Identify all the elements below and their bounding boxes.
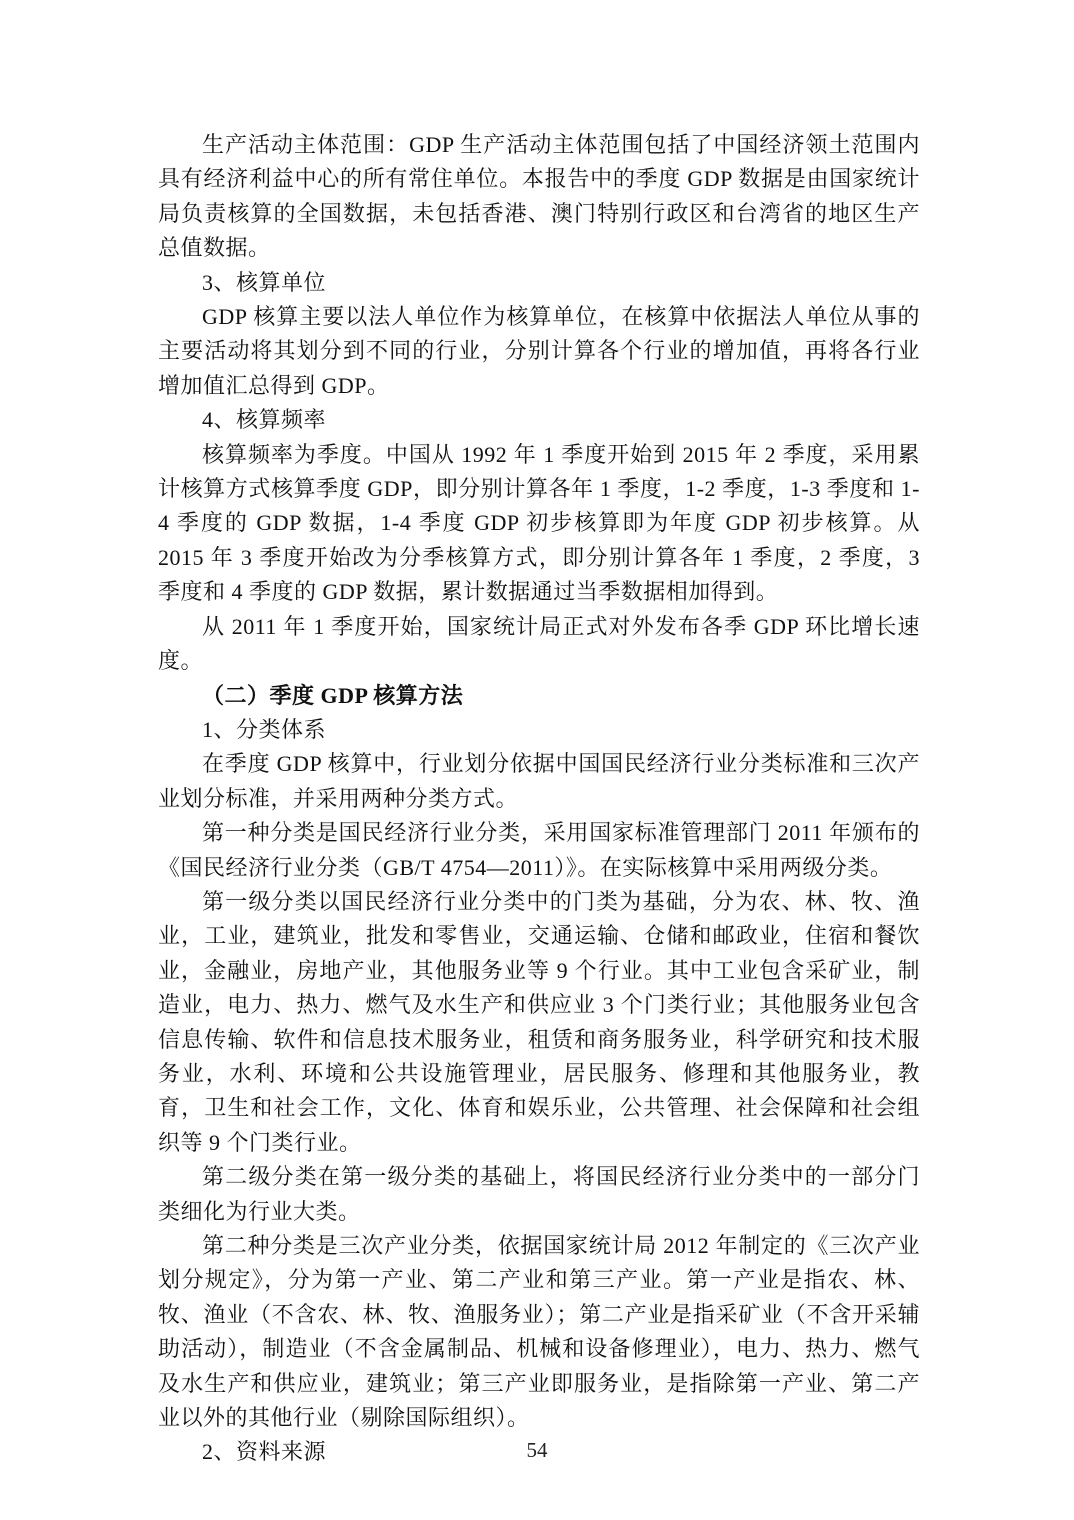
para-first-level-classification: 第一级分类以国民经济行业分类中的门类为基础，分为农、林、牧、渔业，工业，建筑业，… (158, 885, 920, 1160)
document-page: 生产活动主体范围：GDP 生产活动主体范围包括了中国经济领土范围内具有经济利益中… (0, 0, 1074, 1520)
para-classification-basis: 在季度 GDP 核算中，行业划分依据中国国民经济行业分类标准和三次产业划分标准，… (158, 747, 920, 816)
document-body: 生产活动主体范围：GDP 生产活动主体范围包括了中国经济领土范围内具有经济利益中… (158, 128, 920, 1470)
heading-section-2-quarterly-gdp-method: （二）季度 GDP 核算方法 (158, 679, 920, 713)
subhead-1-classification-system: 1、分类体系 (158, 713, 920, 747)
para-second-level-classification: 第二级分类在第一级分类的基础上，将国民经济行业分类中的一部分门类细化为行业大类。 (158, 1160, 920, 1229)
subhead-3-accounting-unit: 3、核算单位 (158, 266, 920, 300)
para-accounting-unit: GDP 核算主要以法人单位作为核算单位，在核算中依据法人单位从事的主要活动将其划… (158, 300, 920, 403)
para-three-industry-classification: 第二种分类是三次产业分类，依据国家统计局 2012 年制定的《三次产业划分规定》… (158, 1229, 920, 1435)
subhead-4-accounting-frequency: 4、核算频率 (158, 403, 920, 437)
para-qoq-growth-release: 从 2011 年 1 季度开始，国家统计局正式对外发布各季 GDP 环比增长速度… (158, 610, 920, 679)
page-number: 54 (0, 1438, 1074, 1463)
para-accounting-frequency: 核算频率为季度。中国从 1992 年 1 季度开始到 2015 年 2 季度，采… (158, 438, 920, 610)
para-first-classification: 第一种分类是国民经济行业分类，采用国家标准管理部门 2011 年颁布的《国民经济… (158, 816, 920, 885)
para-production-scope: 生产活动主体范围：GDP 生产活动主体范围包括了中国经济领土范围内具有经济利益中… (158, 128, 920, 266)
